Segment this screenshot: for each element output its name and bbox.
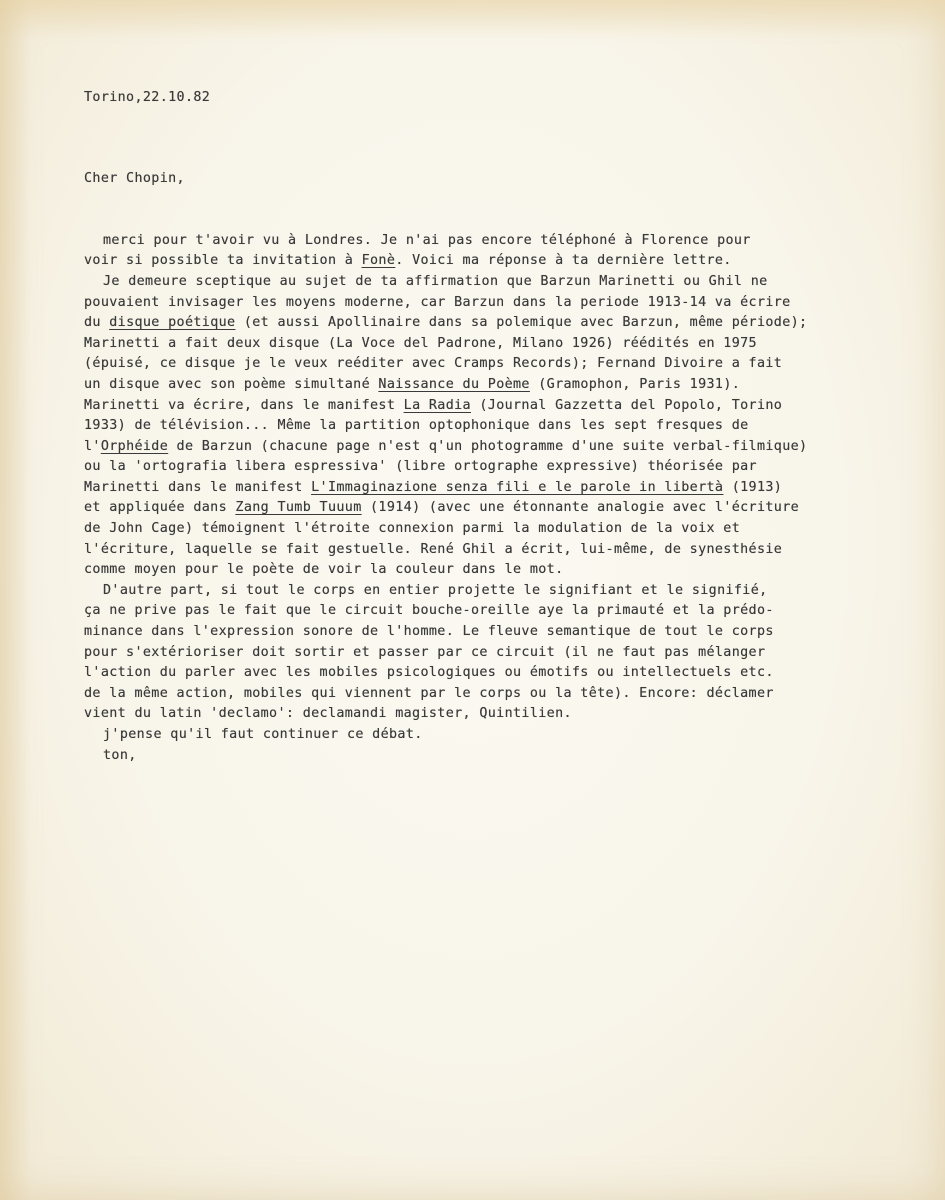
text-segment: (épuisé, ce disque je le veux reéditer a… bbox=[84, 356, 782, 371]
text-segment: D'autre part, si tout le corps en entier… bbox=[103, 583, 768, 598]
letter-line: pouvaient invisager les moyens moderne, … bbox=[84, 293, 944, 314]
letter-line: j'pense qu'il faut continuer ce débat. bbox=[84, 725, 944, 746]
text-segment: un disque avec son poème simultané bbox=[84, 377, 378, 392]
underlined-title: Naissance du Poème bbox=[378, 377, 529, 392]
letter-line: minance dans l'expression sonore de l'ho… bbox=[84, 622, 944, 643]
letter-line: ça ne prive pas le fait que le circuit b… bbox=[84, 601, 944, 622]
text-segment: l'action du parler avec les mobiles psic… bbox=[84, 665, 774, 680]
letter-line: Marinetti va écrire, dans le manifest La… bbox=[84, 396, 944, 417]
letter-line: comme moyen pour le poète de voir la cou… bbox=[84, 560, 944, 581]
letter-line: ou la 'ortografia libera espressiva' (li… bbox=[84, 457, 944, 478]
letter-line: (épuisé, ce disque je le veux reéditer a… bbox=[84, 354, 944, 375]
text-segment: 1933) de télévision... Même la partition… bbox=[84, 418, 749, 433]
text-segment: du bbox=[84, 315, 109, 330]
salutation: Cher Chopin, bbox=[84, 169, 944, 190]
letter-line: Marinetti a fait deux disque (La Voce de… bbox=[84, 334, 944, 355]
text-segment: comme moyen pour le poète de voir la cou… bbox=[84, 562, 563, 577]
text-segment: pour s'extérioriser doit sortir et passe… bbox=[84, 645, 765, 660]
letter-line: et appliquée dans Zang Tumb Tuuum (1914)… bbox=[84, 498, 944, 519]
text-segment: et appliquée dans bbox=[84, 500, 235, 515]
letter-line: vient du latin 'declamo': declamandi mag… bbox=[84, 704, 944, 725]
text-segment: ou la 'ortografia libera espressiva' (li… bbox=[84, 459, 757, 474]
text-segment: (Gramophon, Paris 1931). bbox=[530, 377, 740, 392]
letter-line: D'autre part, si tout le corps en entier… bbox=[84, 581, 944, 602]
text-segment: ton, bbox=[103, 748, 137, 763]
text-segment: j'pense qu'il faut continuer ce débat. bbox=[103, 727, 423, 742]
underlined-title: La Radia bbox=[404, 398, 471, 413]
letter-line: l'action du parler avec les mobiles psic… bbox=[84, 663, 944, 684]
text-segment: Marinetti dans le manifest bbox=[84, 480, 311, 495]
text-segment: voir si possible ta invitation à bbox=[84, 253, 362, 268]
text-segment: pouvaient invisager les moyens moderne, … bbox=[84, 295, 791, 310]
text-segment: Marinetti va écrire, dans le manifest bbox=[84, 398, 404, 413]
text-segment: l'écriture, laquelle se fait gestuelle. … bbox=[84, 542, 782, 557]
text-segment: Je demeure sceptique au sujet de ta affi… bbox=[103, 274, 768, 289]
letter-line: du disque poétique (et aussi Apollinaire… bbox=[84, 313, 944, 334]
letter-line: l'Orphéide de Barzun (chacune page n'est… bbox=[84, 437, 944, 458]
text-segment: minance dans l'expression sonore de l'ho… bbox=[84, 624, 774, 639]
underlined-title: L'Immaginazione senza fili e le parole i… bbox=[311, 480, 723, 495]
letter-page: Torino,22.10.82 Cher Chopin, merci pour … bbox=[0, 0, 945, 1200]
underlined-title: disque poétique bbox=[109, 315, 235, 330]
text-segment: (1913) bbox=[723, 480, 782, 495]
text-segment: Marinetti a fait deux disque (La Voce de… bbox=[84, 336, 757, 351]
letter-line: Je demeure sceptique au sujet de ta affi… bbox=[84, 272, 944, 293]
letter-line: Marinetti dans le manifest L'Immaginazio… bbox=[84, 478, 944, 499]
text-segment: (1914) (avec une étonnante analogie avec… bbox=[362, 500, 799, 515]
dateline: Torino,22.10.82 bbox=[84, 88, 944, 109]
text-segment: de la même action, mobiles qui viennent … bbox=[84, 686, 774, 701]
text-segment: l' bbox=[84, 439, 101, 454]
letter-line: pour s'extérioriser doit sortir et passe… bbox=[84, 643, 944, 664]
letter-line: de la même action, mobiles qui viennent … bbox=[84, 684, 944, 705]
letter-line: un disque avec son poème simultané Naiss… bbox=[84, 375, 944, 396]
letter-line: l'écriture, laquelle se fait gestuelle. … bbox=[84, 540, 944, 561]
letter-line: 1933) de télévision... Même la partition… bbox=[84, 416, 944, 437]
text-segment: . Voici ma réponse à ta dernière lettre. bbox=[395, 253, 731, 268]
letter-line: merci pour t'avoir vu à Londres. Je n'ai… bbox=[84, 231, 944, 252]
letter-line: ton, bbox=[84, 746, 944, 767]
letter-line: voir si possible ta invitation à Fonè. V… bbox=[84, 251, 944, 272]
typed-letter: Torino,22.10.82 Cher Chopin, merci pour … bbox=[84, 47, 944, 807]
letter-line: de John Cage) témoignent l'étroite conne… bbox=[84, 519, 944, 540]
underlined-title: Orphéide bbox=[101, 439, 168, 454]
underlined-title: Fonè bbox=[362, 253, 396, 268]
underlined-title: Zang Tumb Tuuum bbox=[235, 500, 361, 515]
text-segment: merci pour t'avoir vu à Londres. Je n'ai… bbox=[103, 233, 751, 248]
text-segment: de Barzun (chacune page n'est q'un photo… bbox=[168, 439, 807, 454]
text-segment: (Journal Gazzetta del Popolo, Torino bbox=[471, 398, 782, 413]
text-segment: de John Cage) témoignent l'étroite conne… bbox=[84, 521, 740, 536]
text-segment: ça ne prive pas le fait que le circuit b… bbox=[84, 603, 774, 618]
text-segment: vient du latin 'declamo': declamandi mag… bbox=[84, 706, 572, 721]
text-segment: (et aussi Apollinaire dans sa polemique … bbox=[235, 315, 807, 330]
letter-body: merci pour t'avoir vu à Londres. Je n'ai… bbox=[84, 231, 944, 766]
